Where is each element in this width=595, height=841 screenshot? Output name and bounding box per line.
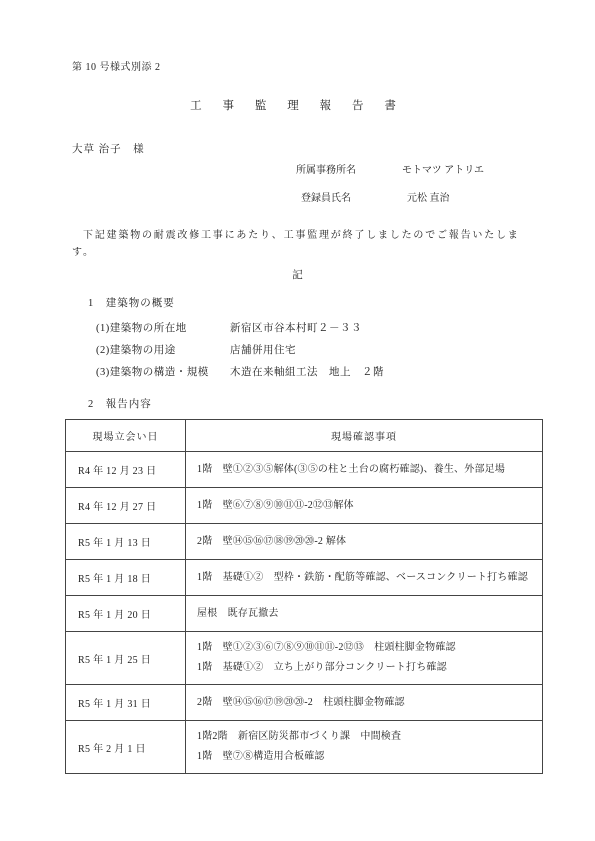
overview-item-value: 木造在来軸組工法 地上 ２階 (230, 364, 384, 379)
confirmation-line: 1階 壁⑦⑧構造用合板確認 (197, 747, 538, 767)
site-visit-date: R5 年 2 月 1 日 (66, 721, 186, 774)
office-name-row: 所属事務所名 モトマツ アトリエ (296, 161, 484, 176)
credentials-block: 所属事務所名 モトマツ アトリエ 登録員氏名 元松 直治 (296, 161, 484, 217)
table-row: R5 年 1 月 18 日 1階 基礎①② 型枠・鉄筋・配筋等確認、ベースコンク… (66, 560, 543, 596)
confirmation-line: 1階 壁⑥⑦⑧⑨⑩⑪⑪-2⑫⑬解体 (197, 496, 538, 516)
section1-heading: 1 建築物の概要 (88, 295, 175, 310)
confirmation-items: 2階 壁⑭⑮⑯⑰⑲⑳⑳-2 柱頭柱脚金物確認 (186, 685, 543, 721)
overview-item-value: 新宿区市谷本村町２－３３ (230, 320, 362, 335)
table-row: R5 年 1 月 25 日 1階 壁①②③⑥⑦⑧⑨⑩⑪⑪-2⑫⑬ 柱頭柱脚金物確… (66, 632, 543, 685)
registrant-label: 登録員氏名 (301, 189, 389, 204)
confirmation-items: 1階 壁①②③⑤解体(③⑤の柱と土台の腐朽確認)、養生、外部足場 (186, 452, 543, 488)
form-number: 第 10 号様式別添 2 (72, 58, 161, 73)
table-row: R5 年 2 月 1 日 1階2階 新宿区防災都市づくり課 中間検査 1階 壁⑦… (66, 721, 543, 774)
site-visit-date: R5 年 1 月 25 日 (66, 632, 186, 685)
site-visit-date: R5 年 1 月 18 日 (66, 560, 186, 596)
confirmation-line: 2階 壁⑭⑮⑯⑰⑱⑲⑳⑳-2 解体 (197, 532, 538, 552)
overview-item-usage: (2)建築物の用途 店舗併用住宅 (96, 338, 384, 360)
table-row: R5 年 1 月 31 日 2階 壁⑭⑮⑯⑰⑲⑳⑳-2 柱頭柱脚金物確認 (66, 685, 543, 721)
site-visit-date: R5 年 1 月 31 日 (66, 685, 186, 721)
site-visit-date: R5 年 1 月 13 日 (66, 524, 186, 560)
overview-item-value: 店舗併用住宅 (230, 342, 296, 357)
report-page: 第 10 号様式別添 2 工 事 監 理 報 告 書 大草 治子 様 所属事務所… (0, 0, 595, 841)
overview-item-label: (1)建築物の所在地 (96, 320, 230, 335)
confirmation-line: 1階 壁①②③⑥⑦⑧⑨⑩⑪⑪-2⑫⑬ 柱頭柱脚金物確認 (197, 638, 538, 658)
overview-item-location: (1)建築物の所在地 新宿区市谷本村町２－３３ (96, 316, 384, 338)
office-name-value: モトマツ アトリエ (384, 161, 484, 176)
confirmation-line: 1階 基礎①② 型枠・鉄筋・配筋等確認、ベースコンクリート打ち確認 (197, 568, 538, 588)
confirmation-line: 屋根 既存瓦撤去 (197, 604, 538, 624)
confirmation-items: 1階2階 新宿区防災都市づくり課 中間検査 1階 壁⑦⑧構造用合板確認 (186, 721, 543, 774)
column-header-items: 現場確認事項 (186, 420, 543, 452)
confirmation-items: 1階 壁①②③⑥⑦⑧⑨⑩⑪⑪-2⑫⑬ 柱頭柱脚金物確認 1階 基礎①② 立ち上が… (186, 632, 543, 685)
site-visit-date: R4 年 12 月 27 日 (66, 488, 186, 524)
site-visit-date: R4 年 12 月 23 日 (66, 452, 186, 488)
section2-heading: 2 報告内容 (88, 396, 152, 411)
confirmation-items: 1階 基礎①② 型枠・鉄筋・配筋等確認、ベースコンクリート打ち確認 (186, 560, 543, 596)
confirmation-line: 1階 壁①②③⑤解体(③⑤の柱と土台の腐朽確認)、養生、外部足場 (197, 460, 538, 480)
table-row: R5 年 1 月 20 日 屋根 既存瓦撤去 (66, 596, 543, 632)
overview-item-structure: (3)建築物の構造・規模 木造在来軸組工法 地上 ２階 (96, 360, 384, 382)
table-row: R4 年 12 月 23 日 1階 壁①②③⑤解体(③⑤の柱と土台の腐朽確認)、… (66, 452, 543, 488)
site-visit-table: 現場立会い日 現場確認事項 R4 年 12 月 23 日 1階 壁①②③⑤解体(… (65, 419, 543, 774)
confirmation-items: 屋根 既存瓦撤去 (186, 596, 543, 632)
addressee-name: 大草 治子 様 (72, 141, 145, 156)
table-header-row: 現場立会い日 現場確認事項 (66, 420, 543, 452)
office-name-label: 所属事務所名 (296, 161, 384, 176)
site-visit-date: R5 年 1 月 20 日 (66, 596, 186, 632)
registrant-row: 登録員氏名 元松 直治 (296, 189, 484, 204)
report-title: 工 事 監 理 報 告 書 (0, 97, 595, 113)
building-overview-list: (1)建築物の所在地 新宿区市谷本村町２－３３ (2)建築物の用途 店舗併用住宅… (96, 316, 384, 382)
confirmation-line: 1階 基礎①② 立ち上がり部分コンクリート打ち確認 (197, 658, 538, 678)
report-body-text: 下記建築物の耐震改修工事にあたり、工事監理が終了しましたのでご報告いたします。 (72, 227, 532, 261)
confirmation-items: 1階 壁⑥⑦⑧⑨⑩⑪⑪-2⑫⑬解体 (186, 488, 543, 524)
table-row: R4 年 12 月 27 日 1階 壁⑥⑦⑧⑨⑩⑪⑪-2⑫⑬解体 (66, 488, 543, 524)
column-header-date: 現場立会い日 (66, 420, 186, 452)
note-mark: 記 (0, 267, 595, 282)
table-row: R5 年 1 月 13 日 2階 壁⑭⑮⑯⑰⑱⑲⑳⑳-2 解体 (66, 524, 543, 560)
overview-item-label: (2)建築物の用途 (96, 342, 230, 357)
overview-item-label: (3)建築物の構造・規模 (96, 364, 230, 379)
confirmation-line: 2階 壁⑭⑮⑯⑰⑲⑳⑳-2 柱頭柱脚金物確認 (197, 693, 538, 713)
registrant-value: 元松 直治 (389, 189, 450, 204)
confirmation-items: 2階 壁⑭⑮⑯⑰⑱⑲⑳⑳-2 解体 (186, 524, 543, 560)
confirmation-line: 1階2階 新宿区防災都市づくり課 中間検査 (197, 727, 538, 747)
